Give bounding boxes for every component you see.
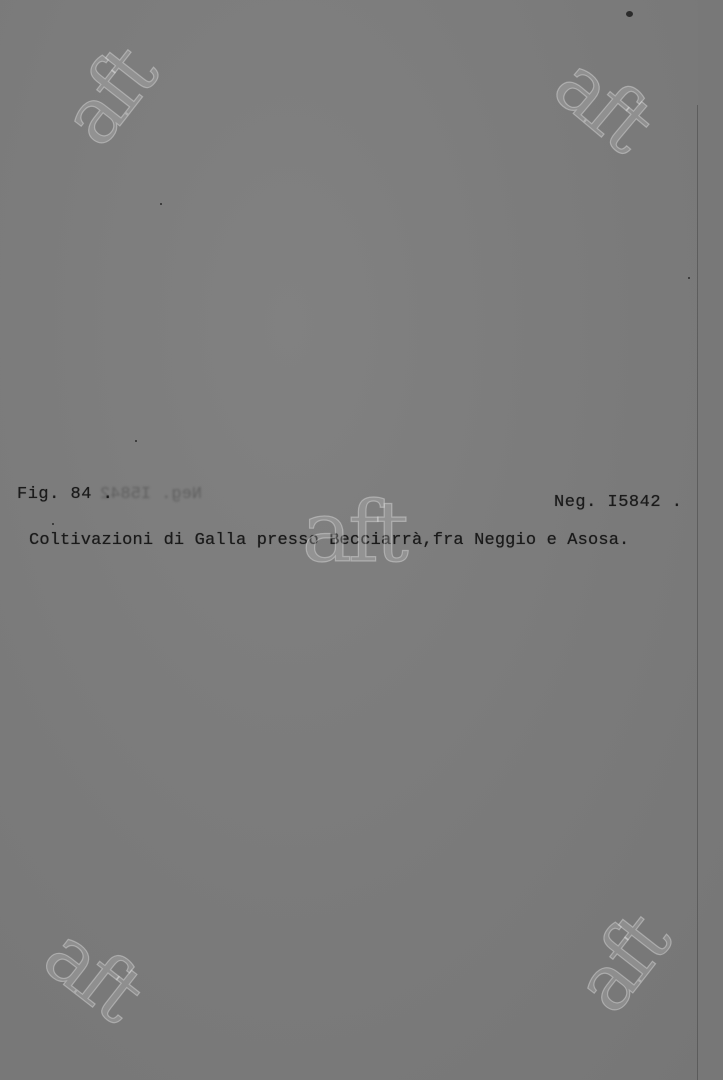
show-through-text: Neg. I5842: [100, 485, 202, 504]
watermark-logo: aft: [562, 903, 682, 1026]
card-edge-strip: [698, 0, 723, 1080]
dust-speck: [160, 203, 162, 205]
archival-photo-card: aft aft aft aft Neg. I5842 Fig. 84 . Neg…: [0, 0, 723, 1080]
watermark-logo: aft: [31, 914, 154, 1034]
dust-speck: [135, 440, 137, 442]
dust-speck: [52, 523, 54, 525]
watermark-logo: aft: [541, 44, 664, 165]
figure-label: Fig. 84 .: [17, 485, 113, 504]
watermark-logo: aft: [302, 490, 405, 574]
watermark-logo: aft: [49, 36, 169, 159]
dust-speck: [626, 11, 633, 17]
negative-number: Neg. I5842 .: [554, 493, 682, 512]
card-edge-line: [697, 105, 698, 1080]
dust-speck: [688, 277, 690, 279]
